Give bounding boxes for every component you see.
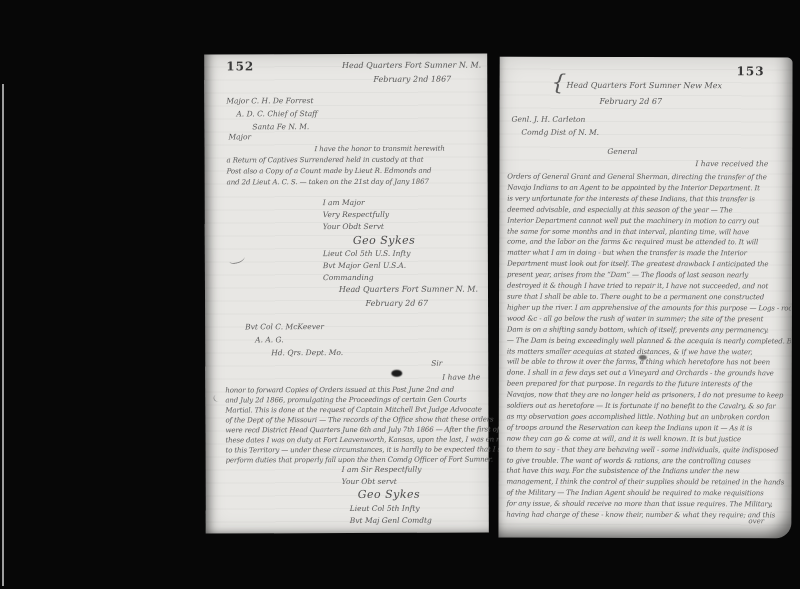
letter1-heading-date: February 2nd 1867 — [373, 75, 451, 84]
ledger-page-left: 152 Head Quarters Fort Sumner N. M. Febr… — [204, 54, 489, 534]
ink-blot — [391, 370, 402, 377]
handwritten-line: to give trouble. The want of words & rat… — [507, 455, 791, 467]
handwritten-line: done. I shall in a few days set out a Vi… — [507, 368, 791, 380]
letter3-lead-in: I have received the — [695, 159, 768, 168]
handwritten-line: the same for some months and in that int… — [507, 226, 791, 238]
microfilm-scan-viewer: { "colors": { "background": "#070707", "… — [0, 0, 800, 589]
signature-title-line: Lieut Col 5th Infty — [350, 503, 432, 515]
letter3-body: Orders of General Grant and General Sher… — [506, 172, 791, 522]
letter1-signature: Geo Sykes — [353, 234, 416, 247]
letter3-heading-place: Head Quarters Fort Sumner New Mex — [567, 81, 722, 90]
letter2-signature: Geo Sykes — [358, 488, 421, 501]
handwritten-line: will be able to throw it over the farms,… — [507, 357, 791, 369]
letter3-heading-date: February 2d 67 — [600, 97, 663, 106]
handwritten-line: deemed advisable, and especially at this… — [507, 204, 791, 216]
letter2-heading-place: Head Quarters Fort Sumner N. M. — [339, 285, 478, 294]
handwritten-line: higher up the river. I am apprehensive o… — [507, 303, 791, 315]
handwritten-line: a Return of Captives Surrendered held in… — [227, 155, 483, 167]
handwritten-line: Department must look out for itself. The… — [507, 259, 791, 271]
letter1-salutation: Major — [228, 132, 251, 141]
letter2-heading-date: February 2d 67 — [365, 299, 428, 308]
handwritten-line: destroyed it & though I have tried to re… — [507, 281, 791, 293]
handwritten-line: wood &c - all go below the rush of water… — [507, 313, 791, 325]
closing-line: I am Major — [323, 197, 389, 209]
handwritten-line: Navajo Indians to an Agent to be appoint… — [507, 183, 791, 195]
address-line: A. D. C. Chief of Staff — [236, 107, 317, 120]
address-line: Hd. Qrs. Dept. Mo. — [271, 346, 343, 359]
handwritten-line: Navajos, now that they are no longer hel… — [507, 390, 791, 402]
handwritten-line: present year, arises from the “Dam” — Th… — [507, 270, 791, 282]
signature-title-line: Commanding — [323, 272, 411, 284]
page-number-right: 153 — [737, 64, 765, 78]
handwritten-line: Orders of General Grant and General Sher… — [507, 172, 791, 184]
handwritten-line: come, and the labor on the farms &c requ… — [507, 237, 791, 249]
letter1-closing: I am MajorVery RespectfullyYour Obdt Ser… — [323, 197, 390, 233]
handwritten-line: to them to say - that they are behaving … — [507, 444, 791, 456]
handwritten-line: of troops around the Reservation can kee… — [507, 422, 791, 434]
signature-title-line: Bvt Maj Genl Comdtg — [350, 515, 432, 527]
letter1-signature-titles: Lieut Col 5th U.S. InftyBvt Major Genl U… — [323, 248, 411, 284]
signature-title-line: Bvt Major Genl U.S.A. — [323, 260, 411, 272]
letter1-heading-place: Head Quarters Fort Sumner N. M. — [342, 61, 481, 70]
letter2-signature-titles: Lieut Col 5th InftyBvt Maj Genl Comdtg — [350, 503, 432, 527]
handwritten-line: management, I think the control of their… — [507, 477, 791, 489]
handwritten-line: and 2d Lieut A. C. S. — taken on the 21s… — [227, 177, 483, 189]
address-line: Major C. H. De Forrest — [226, 94, 317, 107]
over-note: over — [748, 517, 764, 525]
handwritten-line: for any issue, & should receive no more … — [506, 499, 790, 511]
address-line: Comdg Dist of N. M. — [521, 126, 599, 139]
closing-line: Your Obdt Servt — [323, 221, 389, 233]
margin-tick-mark — [212, 393, 222, 402]
ink-blot — [639, 355, 647, 360]
letter2-closing: I am Sir RespectfullyYour Obt servt — [342, 464, 422, 488]
address-line: Genl. J. H. Carleton — [511, 113, 599, 126]
handwritten-line: matter what I am in doing - but when the… — [507, 248, 791, 260]
ledger-page-right: 153 { Head Quarters Fort Sumner New Mex … — [498, 57, 792, 539]
letter1-address-block: Major C. H. De ForrestA. D. C. Chief of … — [226, 94, 317, 133]
letter2-salutation: Sir — [431, 359, 442, 368]
signature-title-line: Lieut Col 5th U.S. Infty — [323, 248, 411, 260]
handwritten-line: Dam is on a shifting sandy bottom, which… — [507, 324, 791, 336]
handwritten-line: Interior Department cannot well put the … — [507, 215, 791, 227]
closing-line: Your Obt servt — [342, 476, 422, 488]
handwritten-line: Post also a Copy of a Count made by Lieu… — [227, 166, 483, 178]
letter2-lead-in: I have the — [442, 373, 480, 382]
letter3-salutation: General — [607, 147, 637, 156]
film-strip-edge — [2, 84, 4, 586]
letter3-address-block: Genl. J. H. CarletonComdg Dist of N. M. — [511, 113, 599, 139]
handwritten-line: is very unfortunate for the interests of… — [507, 193, 791, 205]
closing-line: I am Sir Respectfully — [342, 464, 422, 476]
letter2-body: honor to forward Copies of Orders issued… — [225, 385, 483, 466]
letter1-body: I have the honor to transmit herewitha R… — [226, 144, 482, 189]
letter2-address-block: Bvt Col C. McKeeverA. A. G.Hd. Qrs. Dept… — [245, 320, 343, 359]
closing-line: Very Respectfully — [323, 209, 389, 221]
handwritten-line: that have this way. For the subsistence … — [507, 466, 791, 478]
address-line: A. A. G. — [255, 333, 343, 346]
handwritten-line: — The Dam is being exceedingly well plan… — [507, 335, 791, 347]
handwritten-line: of the Military — The Indian Agent shoul… — [506, 488, 790, 500]
heading-brace: { — [551, 70, 567, 96]
page-number-left: 152 — [226, 59, 254, 73]
address-line: Santa Fe N. M. — [252, 120, 317, 133]
handwritten-line: I have the honor to transmit herewith — [314, 144, 482, 156]
handwritten-line: sure that I shall be able to. There ough… — [507, 292, 791, 304]
handwritten-line: its matters smaller acequias at stated d… — [507, 346, 791, 358]
handwritten-line: been prepared for that purpose. In regar… — [507, 379, 791, 391]
address-line: Bvt Col C. McKeever — [245, 320, 343, 333]
handwritten-line: as my observation goes accomplished litt… — [507, 412, 791, 424]
handwritten-line: soldiers out as heretofore — It is fortu… — [507, 401, 791, 413]
margin-check-mark — [228, 253, 246, 265]
handwritten-line: now they can go & come at will, and it i… — [507, 433, 791, 445]
